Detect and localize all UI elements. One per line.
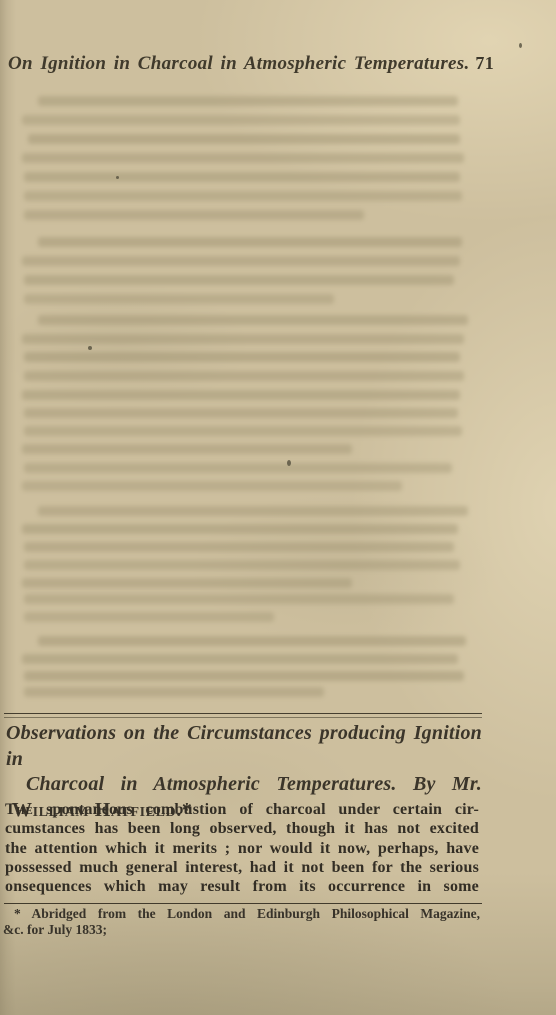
bleedthrough-line — [24, 172, 460, 182]
bleedthrough-line — [24, 426, 462, 436]
footnote: * Abridged from the London and Edinburgh… — [2, 906, 480, 938]
bleedthrough-line — [24, 594, 454, 604]
lead-word: The — [5, 801, 33, 818]
bleedthrough-line — [22, 578, 352, 588]
bleedthrough-line — [22, 334, 464, 344]
bleedthrough-line — [24, 352, 460, 362]
ink-speck — [116, 176, 119, 179]
bleedthrough-line — [22, 444, 352, 454]
bleedthrough-line — [24, 191, 462, 201]
bleedthrough-line — [24, 210, 364, 220]
body-line: cumstances has been long observed, thoug… — [5, 819, 479, 838]
bleedthrough-line — [38, 96, 458, 106]
bleedthrough-line — [24, 687, 324, 697]
bleedthrough-line — [22, 115, 460, 125]
article-title-line: Observations on the Circumstances produc… — [6, 721, 482, 772]
ink-speck — [88, 346, 92, 350]
ink-speck — [519, 43, 522, 48]
bleedthrough-line — [24, 560, 460, 570]
bleedthrough-line — [22, 654, 458, 664]
ink-speck — [287, 460, 291, 466]
body-line: possessed much general interest, had it … — [5, 858, 479, 877]
bleedthrough-line — [22, 481, 402, 491]
body-line-text: spontaneous combustion of charcoal under… — [46, 801, 479, 818]
bleedthrough-line — [24, 371, 464, 381]
running-header-title: On Ignition in Charcoal in Atmospheric T… — [8, 52, 470, 76]
bleedthrough-line — [28, 134, 460, 144]
bleedthrough-line — [38, 636, 466, 646]
bleedthrough-line — [38, 315, 468, 325]
bleedthrough-line — [38, 506, 468, 516]
scanned-book-page: On Ignition in Charcoal in Atmospheric T… — [0, 0, 556, 1015]
body-line: the attention which it merits ; nor woul… — [5, 839, 479, 858]
footnote-rule — [4, 903, 482, 904]
bleedthrough-line — [22, 153, 464, 163]
bleedthrough-line — [24, 463, 452, 473]
page-number: 71 — [475, 51, 494, 75]
article-title-line: Charcoal in Atmospheric Temperatures. By… — [6, 772, 482, 798]
bleedthrough-line — [22, 256, 460, 266]
body-line: onsequences which may result from its oc… — [5, 877, 479, 896]
bleedthrough-line — [24, 294, 334, 304]
body-line: The spontaneous combustion of charcoal u… — [5, 800, 479, 819]
section-divider-rule — [4, 713, 482, 718]
running-header: On Ignition in Charcoal in Atmospheric T… — [8, 51, 494, 76]
bleedthrough-line — [38, 237, 462, 247]
bleedthrough-line — [24, 275, 454, 285]
article-body: The spontaneous combustion of charcoal u… — [5, 800, 479, 896]
bleedthrough-line — [22, 390, 460, 400]
bleedthrough-line — [24, 612, 274, 622]
bleedthrough-line — [24, 671, 464, 681]
bleedthrough-line — [22, 524, 458, 534]
footnote-line: &c. for July 1833; — [2, 922, 480, 938]
bleedthrough-line — [24, 542, 454, 552]
bleedthrough-line — [24, 408, 458, 418]
footnote-line: * Abridged from the London and Edinburgh… — [2, 906, 480, 922]
